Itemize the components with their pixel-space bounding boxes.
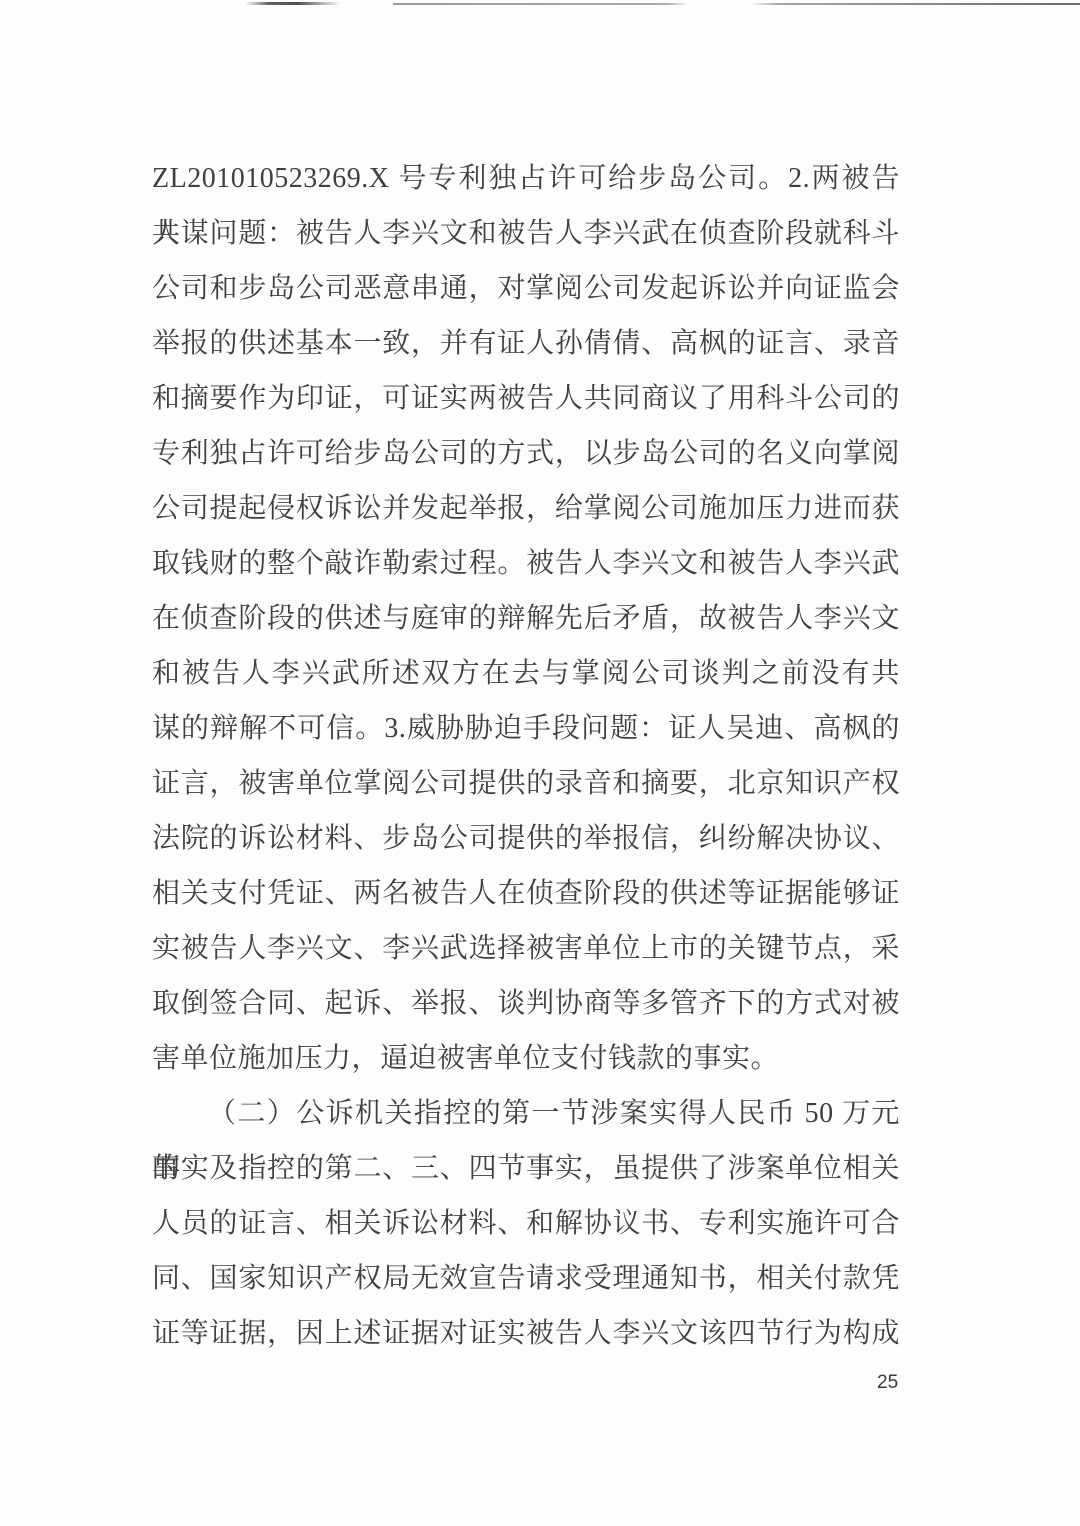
text-line: 和摘要作为印证，可证实两被告人共同商议了用科斗公司的 — [152, 371, 900, 426]
text-line: 同、国家知识产权局无效宣告请求受理通知书，相关付款凭 — [152, 1251, 900, 1306]
text-line-paragraph-end: 害单位施加压力，逼迫被害单位支付钱款的事实。 — [152, 1031, 900, 1086]
text-line: 事实及指控的第二、三、四节事实，虽提供了涉案单位相关 — [152, 1141, 900, 1196]
text-line: 证言，被害单位掌阅公司提供的录音和摘要，北京知识产权 — [152, 756, 900, 811]
text-line: 谋的辩解不可信。3.威胁胁迫手段问题：证人吴迪、高枫的 — [152, 701, 900, 756]
text-line: 取倒签合同、起诉、举报、谈判协商等多管齐下的方式对被 — [152, 976, 900, 1031]
scan-artifact-line — [245, 2, 341, 5]
text-line: 实被告人李兴文、李兴武选择被害单位上市的关键节点，采 — [152, 921, 900, 976]
text-line: 法院的诉讼材料、步岛公司提供的举报信，纠纷解决协议、 — [152, 811, 900, 866]
text-line: 取钱财的整个敲诈勒索过程。被告人李兴文和被告人李兴武 — [152, 536, 900, 591]
text-line: 相关支付凭证、两名被告人在侦查阶段的供述等证据能够证 — [152, 866, 900, 921]
text-line: ZL201010523269.X 号专利独占许可给步岛公司。2.两被告人 — [152, 151, 900, 206]
text-line: 公司提起侵权诉讼并发起举报，给掌阅公司施加压力进而获 — [152, 481, 900, 536]
text-line: 举报的供述基本一致，并有证人孙倩倩、高枫的证言、录音 — [152, 316, 900, 371]
scan-artifact-line — [393, 3, 1080, 5]
text-line: 专利独占许可给步岛公司的方式，以步岛公司的名义向掌阅 — [152, 426, 900, 481]
body-text: ZL201010523269.X 号专利独占许可给步岛公司。2.两被告人 共谋问… — [152, 151, 900, 1361]
text-line: 公司和步岛公司恶意串通，对掌阅公司发起诉讼并向证监会 — [152, 261, 900, 316]
text-line: 人员的证言、相关诉讼材料、和解协议书、专利实施许可合 — [152, 1196, 900, 1251]
document-page: ZL201010523269.X 号专利独占许可给步岛公司。2.两被告人 共谋问… — [0, 0, 1080, 1526]
text-line: 和被告人李兴武所述双方在去与掌阅公司谈判之前没有共 — [152, 646, 900, 701]
page-number: 25 — [877, 1372, 898, 1394]
text-line: 证等证据，因上述证据对证实被告人李兴文该四节行为构成 — [152, 1306, 900, 1361]
text-line: 在侦查阶段的供述与庭审的辩解先后矛盾，故被告人李兴文 — [152, 591, 900, 646]
text-line-paragraph-start: （二）公诉机关指控的第一节涉案实得人民币 50 万元的 — [152, 1086, 900, 1141]
text-line: 共谋问题：被告人李兴文和被告人李兴武在侦查阶段就科斗 — [152, 206, 900, 261]
